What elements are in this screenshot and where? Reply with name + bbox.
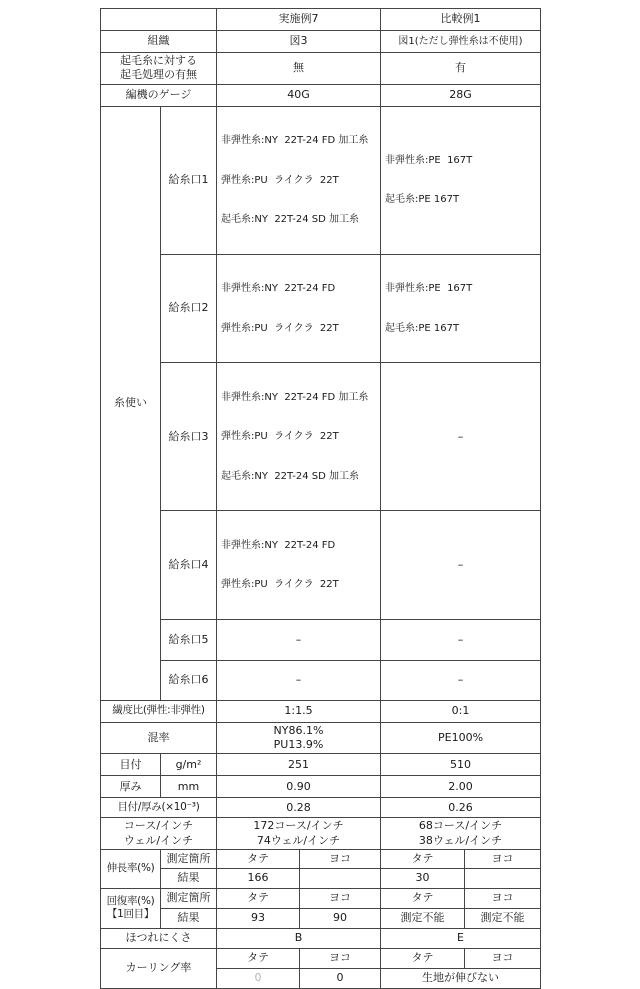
port3-example-line2: 弾性糸:PU ライクラ 22T xyxy=(221,430,378,443)
structure-example: 図3 xyxy=(217,31,381,53)
port3-label: 給糸口3 xyxy=(161,363,217,511)
recovery-site-ex-tate: タテ xyxy=(217,888,300,908)
density-label-line1: コース/インチ xyxy=(103,819,214,833)
port1-example-line1: 非弾性糸:NY 22T-24 FD 加工糸 xyxy=(221,134,378,147)
recovery-result-comp-yoko: 測定不能 xyxy=(465,908,541,928)
thickness-comparative: 2.00 xyxy=(381,776,541,798)
curling-dir-comp-yoko: ヨコ xyxy=(465,948,541,968)
blend-example: NY86.1% PU13.9% xyxy=(217,722,381,754)
port3-row: 給糸口3 非弾性糸:NY 22T-24 FD 加工糸 弾性糸:PU ライクラ 2… xyxy=(101,363,541,511)
port6-label: 給糸口6 xyxy=(161,660,217,700)
port1-row: 糸使い 給糸口1 非弾性糸:NY 22T-24 FD 加工糸 弾性糸:PU ライ… xyxy=(101,106,541,254)
elongation-site-ex-yoko: ヨコ xyxy=(300,849,381,868)
port5-example: – xyxy=(217,619,381,660)
col-header-comparative: 比較例1 xyxy=(381,9,541,31)
curling-header-row: カーリング率 タテ ヨコ タテ ヨコ xyxy=(101,948,541,968)
recovery-site-label: 測定箇所 xyxy=(161,888,217,908)
curling-dir-ex-tate: タテ xyxy=(217,948,300,968)
spec-table-container: 実施例7 比較例1 組織 図3 図1(ただし弾性糸は不使用) 起毛糸に対する 起… xyxy=(100,8,541,989)
port3-example-line1: 非弾性糸:NY 22T-24 FD 加工糸 xyxy=(221,391,378,404)
elongation-result-label: 結果 xyxy=(161,868,217,888)
recovery-site-ex-yoko: ヨコ xyxy=(300,888,381,908)
thickness-row: 厚み mm 0.90 2.00 xyxy=(101,776,541,798)
structure-label: 組織 xyxy=(101,31,217,53)
raising-label: 起毛糸に対する 起毛処理の有無 xyxy=(101,53,217,85)
fray-comparative: E xyxy=(381,928,541,948)
port4-example: 非弾性糸:NY 22T-24 FD 弾性糸:PU ライクラ 22T xyxy=(217,511,381,620)
port1-comparative: 非弾性糸:PE 167T 起毛糸:PE 167T xyxy=(381,106,541,254)
fineness-ratio-example: 1:1.5 xyxy=(217,700,381,722)
raising-example: 無 xyxy=(217,53,381,85)
port6-comparative: – xyxy=(381,660,541,700)
recovery-result-row: 結果 93 90 測定不能 測定不能 xyxy=(101,908,541,928)
recovery-result-comp-tate: 測定不能 xyxy=(381,908,465,928)
port1-example-line2: 弾性糸:PU ライクラ 22T xyxy=(221,174,378,187)
port4-example-line2: 弾性糸:PU ライクラ 22T xyxy=(221,578,378,591)
port5-comparative: – xyxy=(381,619,541,660)
header-row: 実施例7 比較例1 xyxy=(101,9,541,31)
recovery-site-comp-yoko: ヨコ xyxy=(465,888,541,908)
recovery-result-label: 結果 xyxy=(161,908,217,928)
density-example-line2: 74ウェル/インチ xyxy=(219,834,378,848)
curling-value-comparative: 生地が伸びない xyxy=(381,968,541,988)
elongation-result-row: 結果 166 30 xyxy=(101,868,541,888)
gauge-comparative: 28G xyxy=(381,84,541,106)
port4-row: 給糸口4 非弾性糸:NY 22T-24 FD 弾性糸:PU ライクラ 22T – xyxy=(101,511,541,620)
weight-row: 目付 g/m² 251 510 xyxy=(101,754,541,776)
port1-example: 非弾性糸:NY 22T-24 FD 加工糸 弾性糸:PU ライクラ 22T 起毛… xyxy=(217,106,381,254)
port4-example-line1: 非弾性糸:NY 22T-24 FD xyxy=(221,539,378,552)
gauge-label: 編機のゲージ xyxy=(101,84,217,106)
curling-value-ex-tate: 0 xyxy=(217,968,300,988)
recovery-site-comp-tate: タテ xyxy=(381,888,465,908)
weight-example: 251 xyxy=(217,754,381,776)
port2-label: 給糸口2 xyxy=(161,254,217,363)
weight-per-thickness-label: 目付/厚み(×10⁻³) xyxy=(101,798,217,818)
fray-label: ほつれにくさ xyxy=(101,928,217,948)
port2-comparative-line1: 非弾性糸:PE 167T xyxy=(385,282,538,295)
elongation-label: 伸長率(%) xyxy=(101,849,161,888)
blend-label: 混率 xyxy=(101,722,217,754)
structure-comparative: 図1(ただし弾性糸は不使用) xyxy=(381,31,541,53)
port6-row: 給糸口6 – – xyxy=(101,660,541,700)
elongation-site-comp-yoko: ヨコ xyxy=(465,849,541,868)
fray-row: ほつれにくさ B E xyxy=(101,928,541,948)
port2-row: 給糸口2 非弾性糸:NY 22T-24 FD 弾性糸:PU ライクラ 22T 非… xyxy=(101,254,541,363)
elongation-site-row: 伸長率(%) 測定箇所 タテ ヨコ タテ ヨコ xyxy=(101,849,541,868)
fineness-ratio-label: 繊度比(弾性:非弾性) xyxy=(101,700,217,722)
port3-comparative: – xyxy=(381,363,541,511)
curling-dir-comp-tate: タテ xyxy=(381,948,465,968)
elongation-site-comp-tate: タテ xyxy=(381,849,465,868)
raising-label-line1: 起毛糸に対する xyxy=(103,54,214,68)
port3-example: 非弾性糸:NY 22T-24 FD 加工糸 弾性糸:PU ライクラ 22T 起毛… xyxy=(217,363,381,511)
recovery-label-line1: 回復率(%) xyxy=(103,895,158,909)
port1-comparative-line1: 非弾性糸:PE 167T xyxy=(385,154,538,167)
density-example-line1: 172コース/インチ xyxy=(219,819,378,833)
density-comparative-line1: 68コース/インチ xyxy=(383,819,538,833)
port4-comparative: – xyxy=(381,511,541,620)
elongation-result-ex-yoko xyxy=(300,868,381,888)
port4-label: 給糸口4 xyxy=(161,511,217,620)
port2-comparative: 非弾性糸:PE 167T 起毛糸:PE 167T xyxy=(381,254,541,363)
recovery-result-ex-tate: 93 xyxy=(217,908,300,928)
density-comparative: 68コース/インチ 38ウェル/インチ xyxy=(381,818,541,850)
fray-example: B xyxy=(217,928,381,948)
curling-value-ex-yoko: 0 xyxy=(300,968,381,988)
port3-example-line3: 起毛糸:NY 22T-24 SD 加工糸 xyxy=(221,470,378,483)
density-comparative-line2: 38ウェル/インチ xyxy=(383,834,538,848)
blend-example-line2: PU13.9% xyxy=(219,738,378,752)
col-header-example: 実施例7 xyxy=(217,9,381,31)
raising-row: 起毛糸に対する 起毛処理の有無 無 有 xyxy=(101,53,541,85)
thickness-label: 厚み xyxy=(101,776,161,798)
weight-label: 目付 xyxy=(101,754,161,776)
weight-unit: g/m² xyxy=(161,754,217,776)
density-label-line2: ウェル/インチ xyxy=(103,834,214,848)
port2-example-line1: 非弾性糸:NY 22T-24 FD xyxy=(221,282,378,295)
recovery-label-line2: 【1回目】 xyxy=(103,908,158,922)
port2-example-line2: 弾性糸:PU ライクラ 22T xyxy=(221,322,378,335)
gauge-row: 編機のゲージ 40G 28G xyxy=(101,84,541,106)
density-label: コース/インチ ウェル/インチ xyxy=(101,818,217,850)
elongation-site-ex-tate: タテ xyxy=(217,849,300,868)
port2-comparative-line2: 起毛糸:PE 167T xyxy=(385,322,538,335)
recovery-site-row: 回復率(%) 【1回目】 測定箇所 タテ ヨコ タテ ヨコ xyxy=(101,888,541,908)
structure-row: 組織 図3 図1(ただし弾性糸は不使用) xyxy=(101,31,541,53)
weight-per-thickness-comparative: 0.26 xyxy=(381,798,541,818)
port1-example-line3: 起毛糸:NY 22T-24 SD 加工糸 xyxy=(221,213,378,226)
gauge-example: 40G xyxy=(217,84,381,106)
port1-label: 給糸口1 xyxy=(161,106,217,254)
fineness-ratio-comparative: 0:1 xyxy=(381,700,541,722)
raising-comparative: 有 xyxy=(381,53,541,85)
weight-per-thickness-row: 目付/厚み(×10⁻³) 0.28 0.26 xyxy=(101,798,541,818)
spec-comparison-table: 実施例7 比較例1 組織 図3 図1(ただし弾性糸は不使用) 起毛糸に対する 起… xyxy=(100,8,541,989)
thickness-example: 0.90 xyxy=(217,776,381,798)
raising-label-line2: 起毛処理の有無 xyxy=(103,68,214,82)
corner-cell xyxy=(101,9,217,31)
curling-dir-ex-yoko: ヨコ xyxy=(300,948,381,968)
recovery-label: 回復率(%) 【1回目】 xyxy=(101,888,161,928)
port2-example: 非弾性糸:NY 22T-24 FD 弾性糸:PU ライクラ 22T xyxy=(217,254,381,363)
density-row: コース/インチ ウェル/インチ 172コース/インチ 74ウェル/インチ 68コ… xyxy=(101,818,541,850)
elongation-result-comp-tate: 30 xyxy=(381,868,465,888)
density-example: 172コース/インチ 74ウェル/インチ xyxy=(217,818,381,850)
blend-comparative: PE100% xyxy=(381,722,541,754)
blend-row: 混率 NY86.1% PU13.9% PE100% xyxy=(101,722,541,754)
elongation-result-comp-yoko xyxy=(465,868,541,888)
elongation-result-ex-tate: 166 xyxy=(217,868,300,888)
fineness-ratio-row: 繊度比(弾性:非弾性) 1:1.5 0:1 xyxy=(101,700,541,722)
curling-label: カーリング率 xyxy=(101,948,217,988)
elongation-site-label: 測定箇所 xyxy=(161,849,217,868)
yarn-usage-group-label: 糸使い xyxy=(101,106,161,700)
port1-comparative-line2: 起毛糸:PE 167T xyxy=(385,193,538,206)
weight-per-thickness-example: 0.28 xyxy=(217,798,381,818)
weight-comparative: 510 xyxy=(381,754,541,776)
blend-example-line1: NY86.1% xyxy=(219,724,378,738)
port5-label: 給糸口5 xyxy=(161,619,217,660)
recovery-result-ex-yoko: 90 xyxy=(300,908,381,928)
thickness-unit: mm xyxy=(161,776,217,798)
port6-example: – xyxy=(217,660,381,700)
